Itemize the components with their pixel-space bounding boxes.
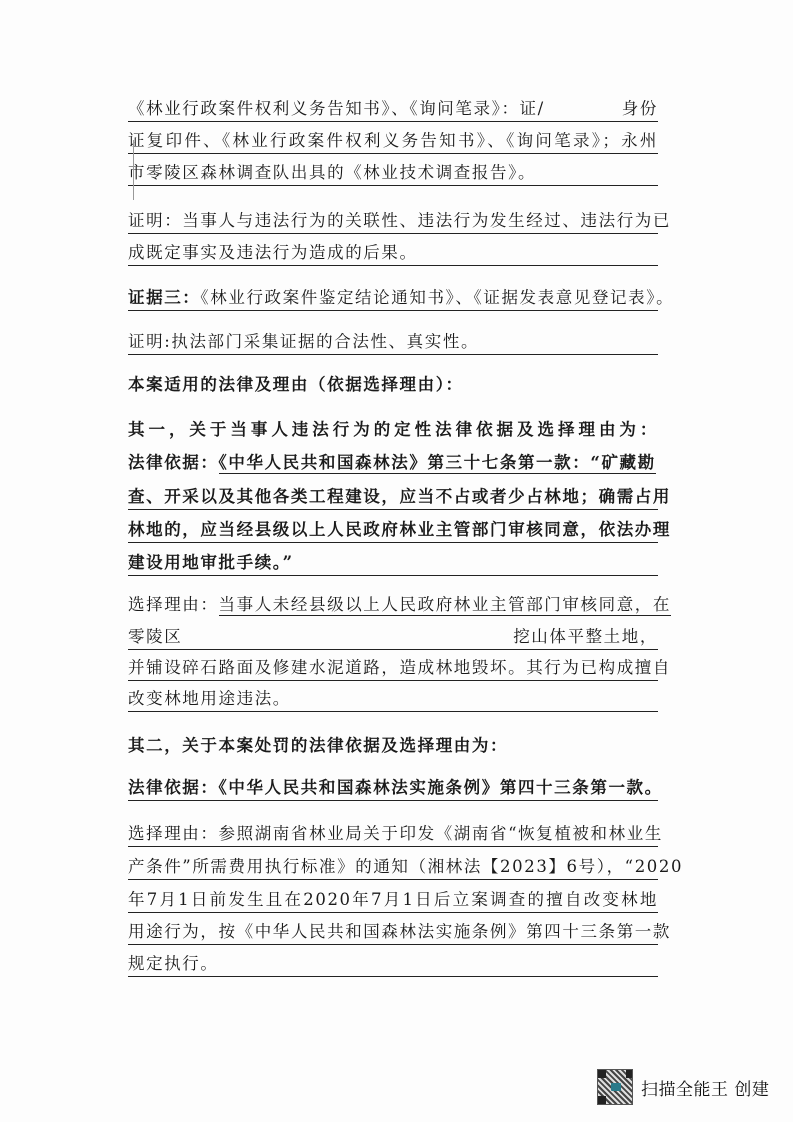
evidence-3-text: 《林业行政案件鉴定结论通知书》、《证据发表意见登记表》。 xyxy=(200,288,674,307)
legal-basis-label: 法律依据： xyxy=(128,453,219,472)
scanner-watermark: 扫描全能王 创建 xyxy=(597,1069,769,1105)
part-two-reason-line-3: 年7月1日前发生且在2020年7月1日后立案调查的擅自改变林地 xyxy=(128,889,658,913)
part-two-heading: 其二，关于本案处罚的法律依据及选择理由为： xyxy=(128,735,658,759)
part-two-reason-line-5: 规定执行。 xyxy=(128,953,658,977)
scanned-document-page: 《林业行政案件权利义务告知书》、《询问笔录》：证/ 身份 证复印件、《林业行政案… xyxy=(0,0,793,1122)
reason-line-2-right: 挖山体平整土地， xyxy=(513,626,658,648)
evidence-list-line-1: 《林业行政案件权利义务告知书》、《询问笔录》：证/ 身份 xyxy=(128,98,658,122)
scan-margin-mark xyxy=(133,140,134,200)
part-one-legal-basis-line-4: 建设用地审批手续。” xyxy=(128,552,658,576)
part-one-heading: 其一，关于当事人违法行为的定性法律依据及选择理由为： xyxy=(128,419,658,443)
part-two-reason-line-4: 用途行为，按《中华人民共和国森林法实施条例》第四十三条第一款 xyxy=(128,921,658,945)
evidence-3-label: 证据三： xyxy=(128,288,200,307)
part-one-reason-line-1: 选择理由：当事人未经县级以上人民政府林业主管部门审核同意，在 xyxy=(128,594,658,618)
evidence-list-line-1-left: 《林业行政案件权利义务告知书》、《询问笔录》：证/ xyxy=(128,99,545,118)
applicable-law-heading: 本案适用的法律及理由（依据选择理由）： xyxy=(128,374,658,398)
evidence-list-line-2: 证复印件、《林业行政案件权利义务告知书》、《询问笔录》；永州 xyxy=(128,130,658,154)
reason-text: 当事人未经县级以上人民政府林业主管部门审核同意，在 xyxy=(219,595,672,616)
part-one-legal-basis-line-3: 林地的，应当经县级以上人民政府林业主管部门审核同意，依法办理 xyxy=(128,519,658,543)
reason-line-2-left: 零陵区 xyxy=(128,627,182,646)
part-two-reason-line-1: 选择理由：参照湖南省林业局关于印发《湖南省“恢复植被和林业生 xyxy=(128,823,658,847)
part-two-legal-basis: 法律依据：《中华人民共和国森林法实施条例》第四十三条第一款。 xyxy=(128,777,658,801)
part-one-legal-basis-line-2: 查、开采以及其他各类工程建设，应当不占或者少占林地；确需占用 xyxy=(128,486,658,510)
evidence-list-line-3: 市零陵区森林调查队出具的《林业技术调查报告》。 xyxy=(128,162,658,186)
part-one-legal-basis-line-1: 法律依据：《中华人民共和国森林法》第三十七条第一款：“矿藏勘 xyxy=(128,452,658,476)
reason-label: 选择理由： xyxy=(128,595,219,614)
evidence-list-line-1-right: 身份 xyxy=(622,98,658,120)
proof-2-line-2: 成既定事实及违法行为造成的后果。 xyxy=(128,242,658,266)
proof-3-line: 证明:执法部门采集证据的合法性、真实性。 xyxy=(128,331,658,355)
part-one-reason-line-2: 零陵区 挖山体平整土地， xyxy=(128,626,658,650)
scanner-watermark-text: 扫描全能王 创建 xyxy=(641,1075,769,1100)
part-one-reason-line-4: 改变林地用途违法。 xyxy=(128,688,658,712)
proof-2-line-1: 证明：当事人与违法行为的关联性、违法行为发生经过、违法行为已 xyxy=(128,210,658,234)
part-two-reason-line-2: 产条件”所需费用执行标准》的通知（湘林法【2023】6号），“2020 xyxy=(128,856,658,880)
legal-basis-text: 《中华人民共和国森林法》第三十七条第一款：“矿藏勘 xyxy=(219,453,656,474)
part-one-reason-line-3: 并铺设碎石路面及修建水泥道路，造成林地毁坏。其行为已构成擅自 xyxy=(128,657,658,681)
evidence-3-line: 证据三：《林业行政案件鉴定结论通知书》、《证据发表意见登记表》。 xyxy=(128,287,658,311)
qr-code-icon xyxy=(597,1069,633,1105)
